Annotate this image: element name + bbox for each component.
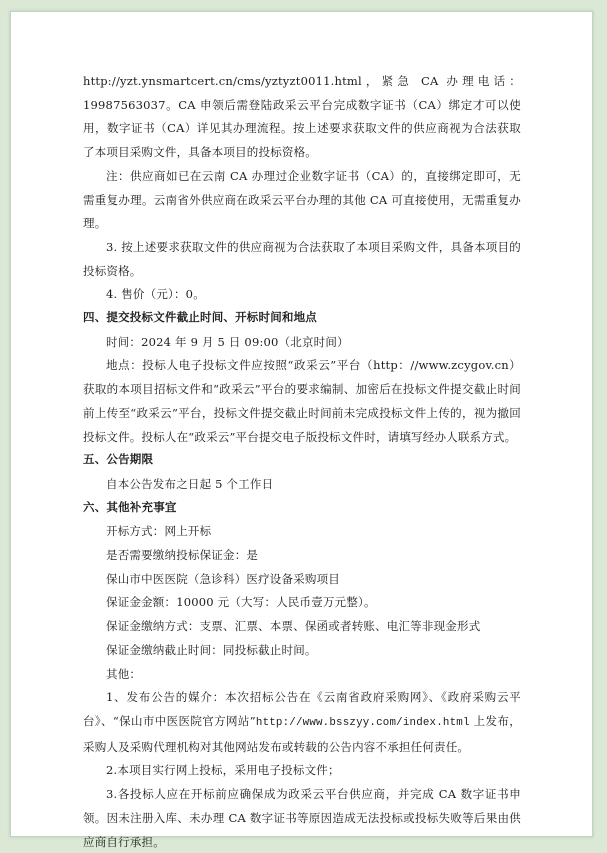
paragraph-item-4-price: 4. 售价（元）：0。: [83, 283, 521, 307]
paragraph-online-bidding: 2.本项目实行网上投标，采用电子投标文件；: [83, 759, 521, 783]
paragraph-deposit-payment-method: 保证金缴纳方式：支票、汇票、本票、保函或者转账、电汇等非现金形式: [83, 615, 521, 639]
hospital-website-url: http://www.bsszyy.com/index.html: [256, 717, 470, 729]
paragraph-deposit-amount: 保证金金额：10000 元（大写：人民币壹万元整）。: [83, 591, 521, 615]
document-content: http://yzt.ynsmartcert.cn/cms/yztyzt0011…: [11, 12, 592, 853]
document-canvas: http://yzt.ynsmartcert.cn/cms/yztyzt0011…: [0, 0, 607, 853]
paragraph-deposit-required: 是否需要缴纳投标保证金：是: [83, 544, 521, 568]
paragraph-announcement-period: 自本公告发布之日起 5 个工作日: [83, 473, 521, 497]
paragraph-ca-instructions: http://yzt.ynsmartcert.cn/cms/yztyzt0011…: [83, 70, 521, 165]
paragraph-other-label: 其他：: [83, 663, 521, 687]
paragraph-project-name: 保山市中医医院（急诊科）医疗设备采购项目: [83, 568, 521, 592]
paragraph-ca-responsibility: 3.各投标人应在开标前应确保成为政采云平台供应商，并完成 CA 数字证书申领。因…: [83, 783, 521, 853]
heading-section-6-other-matters: 六、其他补充事宜: [83, 497, 521, 521]
paragraph-deposit-deadline: 保证金缴纳截止时间：同投标截止时间。: [83, 639, 521, 663]
paragraph-bid-location: 地点：投标人电子投标文件应按照“政采云”平台（http：//www.zcygov…: [83, 354, 521, 449]
paragraph-item-3-eligibility: 3. 按上述要求获取文件的供应商视为合法获取了本项目采购文件，具备本项目的投标资…: [83, 236, 521, 283]
document-page: http://yzt.ynsmartcert.cn/cms/yztyzt0011…: [10, 11, 593, 837]
heading-section-4-deadline: 四、提交投标文件截止时间、开标时间和地点: [83, 307, 521, 331]
paragraph-bid-time: 时间：2024 年 9 月 5 日 09:00（北京时间）: [83, 331, 521, 355]
paragraph-ca-note: 注：供应商如已在云南 CA 办理过企业数字证书（CA）的，直接绑定即可，无需重复…: [83, 165, 521, 236]
paragraph-announcement-media: 1、发布公告的媒介：本次招标公告在《云南省政府采购网》、《政府采购云平台》、“保…: [83, 686, 521, 759]
paragraph-bid-opening-method: 开标方式：网上开标: [83, 520, 521, 544]
heading-section-5-announcement-period: 五、公告期限: [83, 449, 521, 473]
